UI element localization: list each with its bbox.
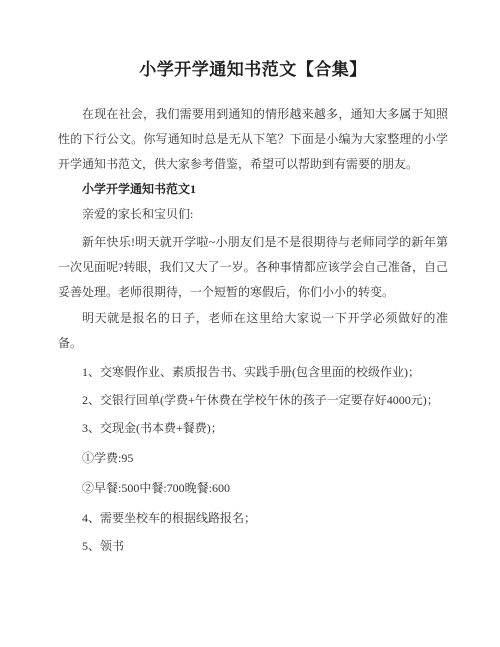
list-item-5: 5、领书	[58, 534, 448, 559]
paragraph-new-year: 新年快乐!明天就开学啦~小朋友们是不是很期待与老师同学的新年第一次见面呢?转眼，…	[58, 230, 448, 305]
salutation-line: 亲爱的家长和宝贝们:	[58, 202, 448, 227]
paragraph-registration-day: 明天就是报名的日子，老师在这里给大家说一下开学必须做好的准备。	[58, 306, 448, 356]
document-page: 小学开学通知书范文【合集】 在现在社会，我们需要用到通知的情形越来越多，通知大多…	[0, 0, 500, 647]
fee-line-tuition: ①学费:95	[58, 446, 448, 471]
section-heading: 小学开学通知书范文1	[58, 177, 448, 202]
list-item-4: 4、需要坐校车的根据线路报名；	[58, 506, 448, 531]
document-title: 小学开学通知书范文【合集】	[58, 59, 448, 81]
list-item-3: 3、交现金(书本费+餐费)；	[58, 416, 448, 441]
list-item-1: 1、交寒假作业、素质报告书、实践手册(包含里面的校级作业)；	[58, 360, 448, 385]
list-item-2: 2、交银行回单(学费+午休费在学校午休的孩子一定要存好4000元)；	[58, 388, 448, 413]
intro-paragraph: 在现在社会，我们需要用到通知的情形越来越多，通知大多属于知照性的下行公文。你写通…	[58, 102, 448, 177]
fee-line-meals: ②早餐:500中餐:700晚餐:600	[58, 476, 448, 501]
